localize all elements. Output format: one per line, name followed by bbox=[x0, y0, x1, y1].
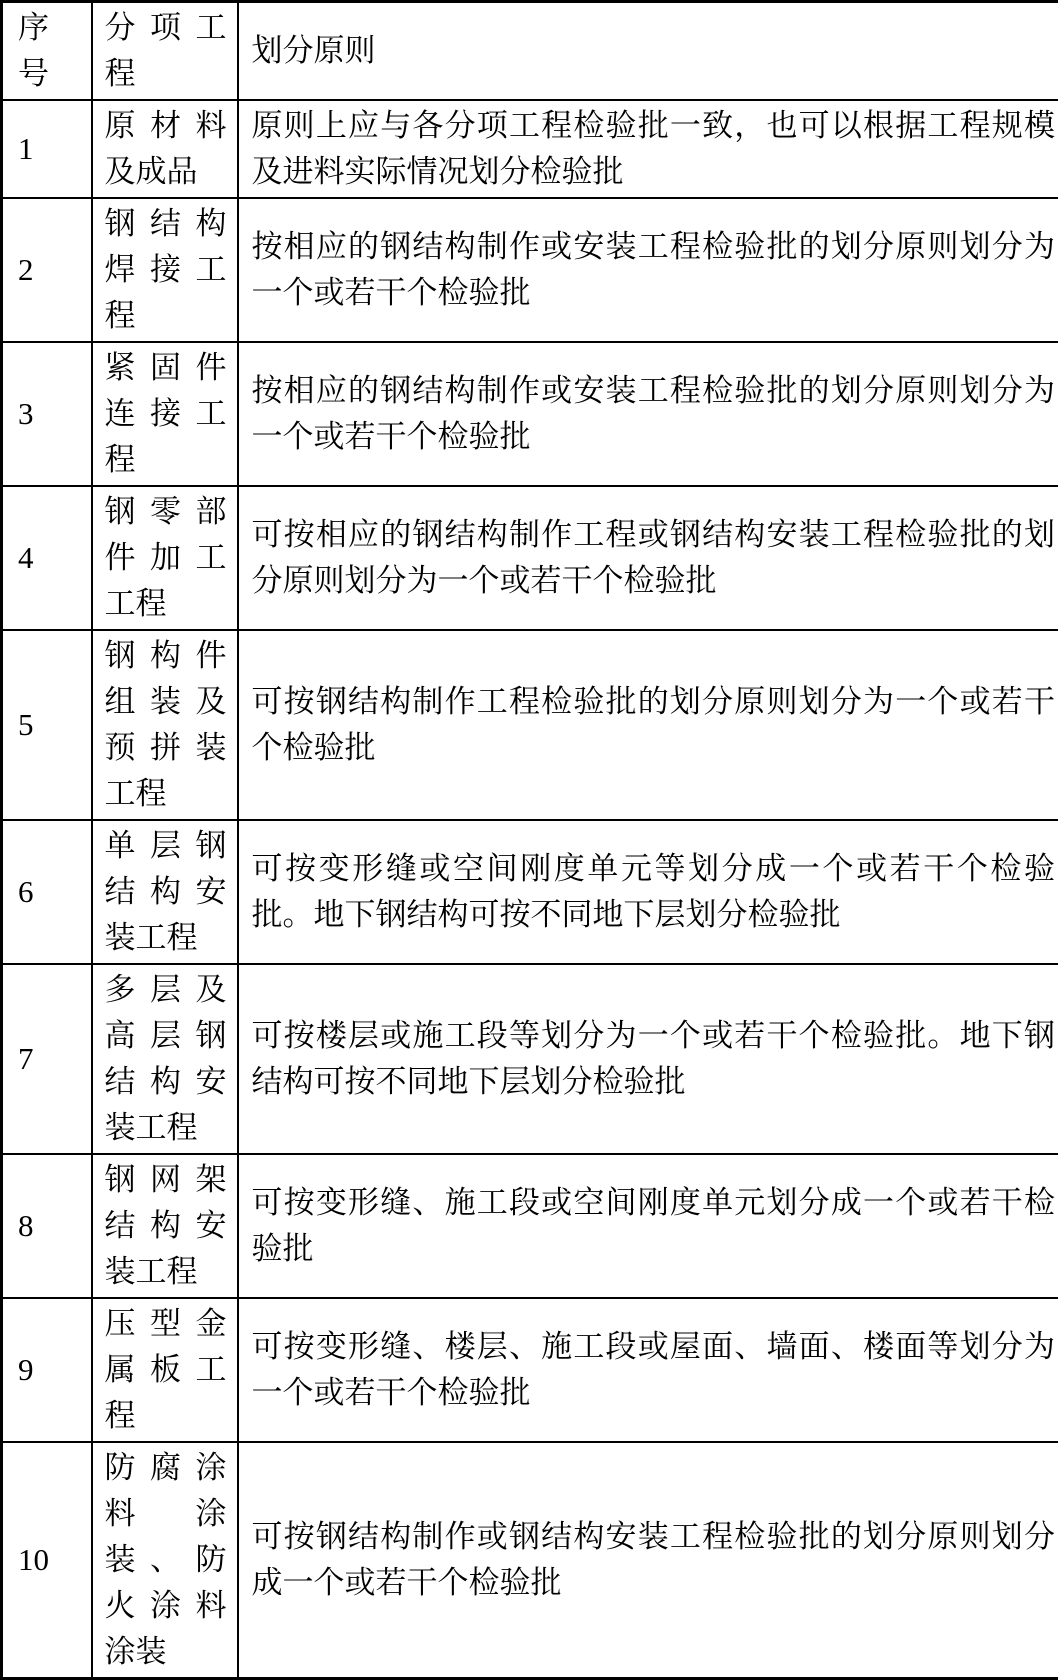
table-row: 5 钢构件组装及预拼装工程 可按钢结构制作工程检验批的划分原则划分为一个或若干个… bbox=[2, 630, 1058, 820]
inspection-batch-division-table: 序号 分项工程 划分原则 1 原材料及成品 原则上应与各分项工程检验批一致，也可… bbox=[0, 0, 1058, 1680]
row-serial-number-cell: 7 bbox=[2, 964, 92, 1154]
row-sub-project-cell: 原材料及成品 bbox=[92, 100, 238, 198]
row-sub-project-cell: 钢结构焊接工程 bbox=[92, 198, 238, 342]
row-sub-project-cell: 钢零部件加工工程 bbox=[92, 486, 238, 630]
row-serial-number-cell: 9 bbox=[2, 1298, 92, 1442]
row-sub-project-cell: 压型金属板工程 bbox=[92, 1298, 238, 1442]
row-serial-number-cell: 10 bbox=[2, 1442, 92, 1679]
table-row: 8 钢网架结构安装工程 可按变形缝、施工段或空间刚度单元划分成一个或若干检验批 bbox=[2, 1154, 1058, 1298]
row-sub-project-cell: 钢构件组装及预拼装工程 bbox=[92, 630, 238, 820]
table-row: 2 钢结构焊接工程 按相应的钢结构制作或安装工程检验批的划分原则划分为一个或若干… bbox=[2, 198, 1058, 342]
col-header-sub-project: 分项工程 bbox=[92, 2, 238, 101]
row-division-principle-cell: 可按变形缝、楼层、施工段或屋面、墙面、楼面等划分为一个或若干个检验批 bbox=[238, 1298, 1058, 1442]
row-division-principle-cell: 按相应的钢结构制作或安装工程检验批的划分原则划分为一个或若干个检验批 bbox=[238, 342, 1058, 486]
row-serial-number-cell: 4 bbox=[2, 486, 92, 630]
row-serial-number-cell: 1 bbox=[2, 100, 92, 198]
table-body: 1 原材料及成品 原则上应与各分项工程检验批一致，也可以根据工程规模及进料实际情… bbox=[2, 100, 1058, 1679]
col-header-division-principle: 划分原则 bbox=[238, 2, 1058, 101]
row-sub-project-cell: 钢网架结构安装工程 bbox=[92, 1154, 238, 1298]
row-division-principle-cell: 可按变形缝或空间刚度单元等划分成一个或若干个检验批。地下钢结构可按不同地下层划分… bbox=[238, 820, 1058, 964]
table-row: 1 原材料及成品 原则上应与各分项工程检验批一致，也可以根据工程规模及进料实际情… bbox=[2, 100, 1058, 198]
col-header-serial-number: 序号 bbox=[2, 2, 92, 101]
row-division-principle-cell: 可按相应的钢结构制作工程或钢结构安装工程检验批的划分原则划分为一个或若干个检验批 bbox=[238, 486, 1058, 630]
table-row: 6 单层钢结构安装工程 可按变形缝或空间刚度单元等划分成一个或若干个检验批。地下… bbox=[2, 820, 1058, 964]
row-sub-project-cell: 多层及高层钢结构安装工程 bbox=[92, 964, 238, 1154]
header-row: 序号 分项工程 划分原则 bbox=[2, 2, 1058, 101]
row-sub-project-cell: 紧固件连接工程 bbox=[92, 342, 238, 486]
row-serial-number-cell: 8 bbox=[2, 1154, 92, 1298]
row-division-principle-cell: 可按钢结构制作工程检验批的划分原则划分为一个或若干个检验批 bbox=[238, 630, 1058, 820]
row-division-principle-cell: 按相应的钢结构制作或安装工程检验批的划分原则划分为一个或若干个检验批 bbox=[238, 198, 1058, 342]
row-sub-project-cell: 单层钢结构安装工程 bbox=[92, 820, 238, 964]
table-row: 10 防腐涂料涂装、防火涂料涂装 可按钢结构制作或钢结构安装工程检验批的划分原则… bbox=[2, 1442, 1058, 1679]
document-page: 序号 分项工程 划分原则 1 原材料及成品 原则上应与各分项工程检验批一致，也可… bbox=[0, 0, 1058, 1680]
row-division-principle-cell: 可按楼层或施工段等划分为一个或若干个检验批。地下钢结构可按不同地下层划分检验批 bbox=[238, 964, 1058, 1154]
row-division-principle-cell: 原则上应与各分项工程检验批一致，也可以根据工程规模及进料实际情况划分检验批 bbox=[238, 100, 1058, 198]
table-row: 4 钢零部件加工工程 可按相应的钢结构制作工程或钢结构安装工程检验批的划分原则划… bbox=[2, 486, 1058, 630]
table-row: 7 多层及高层钢结构安装工程 可按楼层或施工段等划分为一个或若干个检验批。地下钢… bbox=[2, 964, 1058, 1154]
row-division-principle-cell: 可按钢结构制作或钢结构安装工程检验批的划分原则划分成一个或若干个检验批 bbox=[238, 1442, 1058, 1679]
row-division-principle-cell: 可按变形缝、施工段或空间刚度单元划分成一个或若干检验批 bbox=[238, 1154, 1058, 1298]
row-serial-number-cell: 6 bbox=[2, 820, 92, 964]
table-row: 3 紧固件连接工程 按相应的钢结构制作或安装工程检验批的划分原则划分为一个或若干… bbox=[2, 342, 1058, 486]
row-serial-number-cell: 5 bbox=[2, 630, 92, 820]
row-sub-project-cell: 防腐涂料涂装、防火涂料涂装 bbox=[92, 1442, 238, 1679]
row-serial-number-cell: 2 bbox=[2, 198, 92, 342]
row-serial-number-cell: 3 bbox=[2, 342, 92, 486]
table-row: 9 压型金属板工程 可按变形缝、楼层、施工段或屋面、墙面、楼面等划分为一个或若干… bbox=[2, 1298, 1058, 1442]
